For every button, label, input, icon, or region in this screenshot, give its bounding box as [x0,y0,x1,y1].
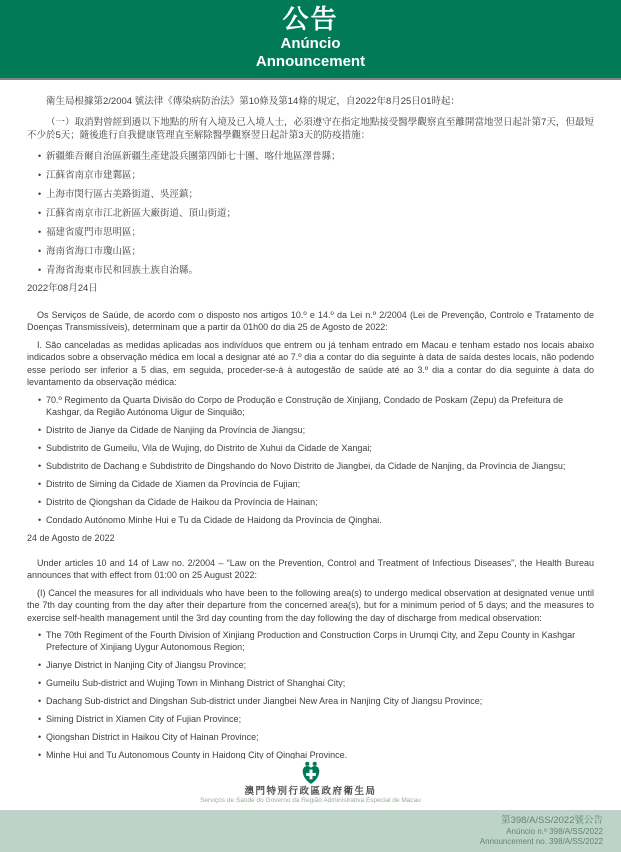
bullet-icon: • [38,496,46,508]
area-name: Distrito de Siming da Cidade de Xiamen d… [46,478,594,490]
section-chinese: 衛生局根據第2/2004 號法律《傳染病防治法》第10條及第14條的規定，自20… [27,95,594,295]
en-paragraph-legal-basis: Under articles 10 and 14 of Law no. 2/20… [27,557,594,582]
bullet-icon: • [38,659,46,671]
bullet-icon: • [38,629,46,641]
zh-date: 2022年08月24日 [27,283,594,295]
bullet-icon: • [38,731,46,743]
bullet-icon: • [38,424,46,436]
list-item: • 江蘇省南京市江北新區大廠街道、頂山街道； [38,207,594,220]
bullet-icon: • [38,245,46,257]
list-item: • Jianye District in Nanjing City of Jia… [38,659,594,671]
list-item: • Minhe Hui and Tu Autonomous County in … [38,749,594,759]
list-item: • Distrito de Qiongshan da Cidade de Hai… [38,496,594,508]
list-item: • 新疆維吾爾自治區新疆生產建設兵團第四師七十團、喀什地區澤普縣； [38,150,594,163]
section-portuguese: Os Serviços de Saúde, de acordo com o di… [27,309,594,544]
list-item: • 江蘇省南京市建鄴區； [38,169,594,182]
en-paragraph-measures: (I) Cancel the measures for all individu… [27,587,594,625]
footer-band: 第398/A/SS/2022號公告 Anúncio n.º 398/A/SS/2… [0,810,621,852]
agency-name-pt: Serviços de Saúde do Governo da Região A… [0,797,621,805]
list-item: • Subdistrito de Gumeilu, Vila de Wujing… [38,442,594,454]
bullet-icon: • [38,514,46,526]
area-name: Dachang Sub-district and Dingshan Sub-di… [46,695,594,707]
announcement-title-zh: 公告 [0,5,621,35]
area-name: 70.º Regimento da Quarta Divisão do Corp… [46,394,594,418]
bullet-icon: • [38,460,46,472]
list-item: • Distrito de Jianye da Cidade de Nanjin… [38,424,594,436]
bullet-icon: • [38,713,46,725]
list-item: • 福建省廈門市思明區； [38,226,594,239]
area-name: Subdistrito de Gumeilu, Vila de Wujing, … [46,442,594,454]
footer-ref-en: Announcement no. 398/A/SS/2022 [18,837,603,847]
list-item: • 上海市閔行區古美路街道、吳涇鎮； [38,188,594,201]
announcement-body: 衛生局根據第2/2004 號法律《傳染病防治法》第10條及第14條的規定，自20… [0,80,621,759]
list-item: • The 70th Regiment of the Fourth Divisi… [38,629,594,653]
bullet-icon: • [38,150,46,162]
zh-area-list: • 新疆維吾爾自治區新疆生產建設兵團第四師七十團、喀什地區澤普縣； • 江蘇省南… [38,150,594,277]
zh-paragraph-measures: （一）取消對曾經到過以下地點的所有入境及已入境人士，必須遵守在指定地點接受醫學觀… [27,116,594,142]
area-name: 福建省廈門市思明區； [46,226,594,239]
announcement-title-en: Announcement [0,53,621,71]
area-name: Gumeilu Sub-district and Wujing Town in … [46,677,594,689]
area-name: Subdistrito de Dachang e Subdistrito de … [46,460,594,472]
section-english: Under articles 10 and 14 of Law no. 2/20… [27,557,594,759]
announcement-title-pt: Anúncio [0,35,621,53]
area-name: 海南省海口市瓊山區； [46,245,594,258]
area-name: 新疆維吾爾自治區新疆生產建設兵團第四師七十團、喀什地區澤普縣； [46,150,594,163]
area-name: Qiongshan District in Haikou City of Hai… [46,731,594,743]
list-item: • Dachang Sub-district and Dingshan Sub-… [38,695,594,707]
area-name: The 70th Regiment of the Fourth Division… [46,629,594,653]
area-name: Jianye District in Nanjing City of Jiang… [46,659,594,671]
list-item: • Qiongshan District in Haikou City of H… [38,731,594,743]
footer-ref-zh: 第398/A/SS/2022號公告 [18,815,603,827]
area-name: Siming District in Xiamen City of Fujian… [46,713,594,725]
pt-paragraph-measures: I. São canceladas as medidas aplicadas a… [27,339,594,389]
list-item: • 青海省海東市民和回族土族自治縣。 [38,264,594,277]
bullet-icon: • [38,264,46,276]
footer-ref-pt: Anúncio n.º 398/A/SS/2022 [18,827,603,837]
list-item: • Siming District in Xiamen City of Fuji… [38,713,594,725]
pt-area-list: • 70.º Regimento da Quarta Divisão do Co… [38,394,594,526]
agency-block: 澳門特別行政區政府衛生局 Serviços de Saúde do Govern… [0,759,621,810]
pt-date: 24 de Agosto de 2022 [27,532,594,544]
bullet-icon: • [38,442,46,454]
bullet-icon: • [38,749,46,759]
list-item: • 海南省海口市瓊山區； [38,245,594,258]
list-item: • Gumeilu Sub-district and Wujing Town i… [38,677,594,689]
bullet-icon: • [38,478,46,490]
list-item: • Distrito de Siming da Cidade de Xiamen… [38,478,594,490]
health-bureau-logo-icon [299,761,323,785]
area-name: Distrito de Qiongshan da Cidade de Haiko… [46,496,594,508]
pt-paragraph-legal-basis: Os Serviços de Saúde, de acordo com o di… [27,309,594,334]
bullet-icon: • [38,207,46,219]
area-name: Condado Autónomo Minhe Hui e Tu da Cidad… [46,514,594,526]
en-area-list: • The 70th Regiment of the Fourth Divisi… [38,629,594,759]
area-name: 上海市閔行區古美路街道、吳涇鎮； [46,188,594,201]
bullet-icon: • [38,695,46,707]
area-name: Minhe Hui and Tu Autonomous County in Ha… [46,749,594,759]
area-name: 青海省海東市民和回族土族自治縣。 [46,264,594,277]
list-item: • Subdistrito de Dachang e Subdistrito d… [38,460,594,472]
header-banner: 公告 Anúncio Announcement [0,0,621,80]
area-name: Distrito de Jianye da Cidade de Nanjing … [46,424,594,436]
list-item: • 70.º Regimento da Quarta Divisão do Co… [38,394,594,418]
list-item: • Condado Autónomo Minhe Hui e Tu da Cid… [38,514,594,526]
area-name: 江蘇省南京市建鄴區； [46,169,594,182]
bullet-icon: • [38,226,46,238]
zh-paragraph-legal-basis: 衛生局根據第2/2004 號法律《傳染病防治法》第10條及第14條的規定，自20… [27,95,594,108]
bullet-icon: • [38,677,46,689]
bullet-icon: • [38,169,46,181]
bullet-icon: • [38,188,46,200]
agency-name-zh: 澳門特別行政區政府衛生局 [0,786,621,797]
bullet-icon: • [38,394,46,406]
area-name: 江蘇省南京市江北新區大廠街道、頂山街道； [46,207,594,220]
